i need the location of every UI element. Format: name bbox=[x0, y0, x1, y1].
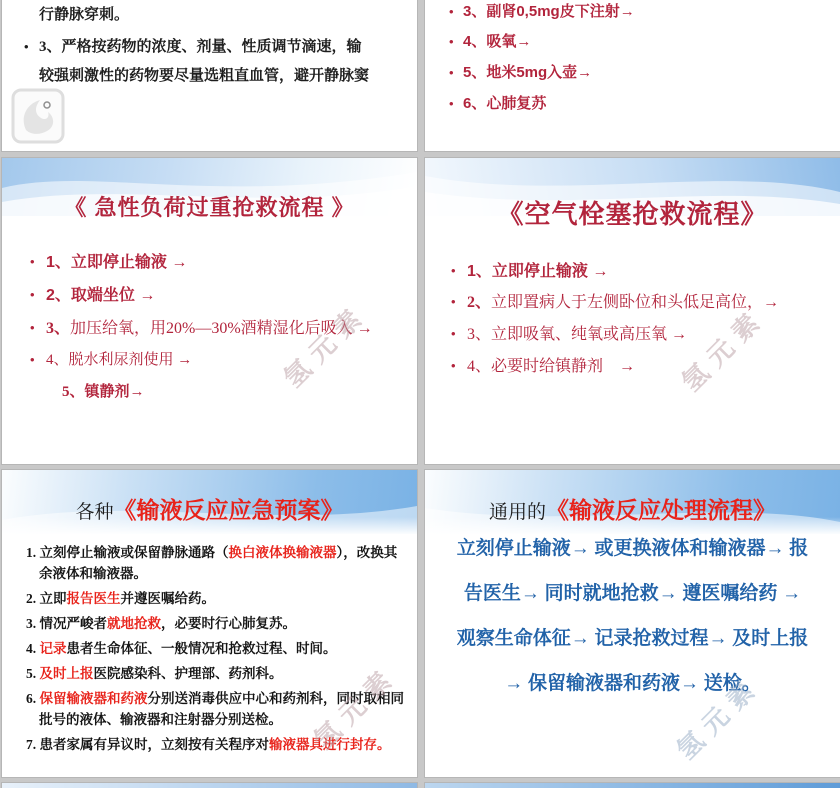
plan-item: 2. 立即报告医生并遵医嘱给药。 bbox=[26, 588, 408, 609]
bullet-dot: • bbox=[449, 34, 454, 49]
plan-item: 7. 患者家属有异议时，立刻按有关程序对输液器具进行封存。 bbox=[26, 734, 408, 755]
bullet-dot: • bbox=[30, 320, 35, 335]
bullet-dot: • bbox=[449, 96, 454, 111]
bullet-dot: • bbox=[30, 287, 35, 302]
watermark: 氢元素 bbox=[672, 298, 772, 398]
rescue-step: 4、必要时给镇静剂 → bbox=[467, 353, 635, 376]
slide-title: 《 急性负荷过重抢救流程 》 bbox=[2, 191, 417, 222]
slide-title: 通用的《输液反应处理流程》 bbox=[425, 492, 840, 525]
slide-venipuncture-precautions: 行静脉穿刺。 • 3、严格按药物的浓度、剂量、性质调节滴速，输 较强刺激性的药物… bbox=[1, 0, 418, 152]
plan-item: 3. 情况严峻者就地抢救，必要时行心肺复苏。 bbox=[26, 613, 408, 634]
slide-text-line: 行静脉穿刺。 bbox=[39, 3, 129, 24]
rescue-step: 5、地米5mg入壶→ bbox=[463, 61, 592, 82]
slide-partial-next-left bbox=[1, 782, 418, 788]
rescue-step: 2、立即置病人于左侧卧位和头低足高位，→ bbox=[467, 289, 779, 312]
slide-title-main: 《输液反应应急预案》 bbox=[114, 497, 344, 523]
rescue-step: 4、吸氧→ bbox=[463, 30, 531, 51]
rescue-step: 3、加压给氧，用20%—30%酒精湿化后吸入 → bbox=[46, 315, 373, 338]
slide-infusion-reaction-emergency-plan: 各种《输液反应应急预案》 1. 立刻停止输液或保留静脉通路（换白液体换输液器），… bbox=[1, 469, 418, 778]
handling-flow-text: 立刻停止输液→ 或更换液体和输液器→ 报告医生→ 同时就地抢救→ 遵医嘱给药 →… bbox=[453, 526, 812, 706]
slide-acute-overload-rescue: 《 急性负荷过重抢救流程 》 • 1、立即停止输液 → • 2、取端坐位 → •… bbox=[1, 157, 418, 465]
bullet-dot: • bbox=[451, 326, 456, 341]
rescue-step: 3、立即吸氧、纯氧或高压氧 → bbox=[467, 321, 687, 344]
slide-title: 《空气栓塞抢救流程》 bbox=[425, 194, 840, 231]
template-logo-icon bbox=[10, 86, 68, 146]
slide-partial-next-right bbox=[424, 782, 840, 788]
bullet-dot: • bbox=[451, 294, 456, 309]
slide-anaphylaxis-rescue-steps: • 3、副肾0,5mg皮下注射→ • 4、吸氧→ • 5、地米5mg入壶→ • … bbox=[424, 0, 840, 152]
plan-item: 1. 立刻停止输液或保留静脉通路（换白液体换输液器），改换其余液体和输液器。 bbox=[26, 542, 408, 584]
slide-infusion-reaction-handling-flow: 通用的《输液反应处理流程》 立刻停止输液→ 或更换液体和输液器→ 报告医生→ 同… bbox=[424, 469, 840, 778]
rescue-step: 5、镇静剂→ bbox=[62, 380, 145, 401]
watermark: 氢元素 bbox=[274, 294, 374, 394]
rescue-step: 4、脱水利尿剂使用 → bbox=[46, 348, 192, 369]
plan-item: 4. 记录患者生命体征、一般情况和抢救过程、时间。 bbox=[26, 638, 408, 659]
plan-item: 5. 及时上报医院感染科、护理部、药剂科。 bbox=[26, 663, 408, 684]
rescue-step: 3、副肾0,5mg皮下注射→ bbox=[463, 0, 635, 21]
slide-title: 各种《输液反应应急预案》 bbox=[2, 492, 417, 525]
bullet-dot: • bbox=[30, 254, 35, 269]
slide-title-main: 《输液反应处理流程》 bbox=[546, 497, 776, 523]
bullet-dot: • bbox=[24, 39, 29, 54]
slide-title-prefix: 各种 bbox=[75, 502, 113, 523]
plan-item: 6. 保留输液器和药液分别送消毒供应中心和药剂科，同时取相同批号的液体、输液器和… bbox=[26, 688, 408, 730]
slide-title-prefix: 通用的 bbox=[489, 502, 546, 523]
slide-text-line: 3、严格按药物的浓度、剂量、性质调节滴速，输 bbox=[39, 35, 362, 56]
slide-air-embolism-rescue: 《空气栓塞抢救流程》 • 1、立即停止输液 → • 2、立即置病人于左侧卧位和头… bbox=[424, 157, 840, 465]
bullet-dot: • bbox=[451, 263, 456, 278]
rescue-step: 1、立即停止输液 → bbox=[467, 258, 608, 281]
slide-text-line: 较强刺激性的药物要尽量选粗直血管，避开静脉窦 bbox=[39, 64, 369, 85]
rescue-step: 2、取端坐位 → bbox=[46, 282, 155, 305]
emergency-plan-list: 1. 立刻停止输液或保留静脉通路（换白液体换输液器），改换其余液体和输液器。 2… bbox=[26, 542, 408, 759]
rescue-step: 6、心肺复苏 bbox=[463, 92, 546, 113]
bullet-dot: • bbox=[449, 4, 454, 19]
bullet-dot: • bbox=[30, 352, 35, 367]
slide-preview-page: { "colors": { "crimson": "#b2243c", "bri… bbox=[0, 0, 840, 788]
bullet-dot: • bbox=[451, 358, 456, 373]
bullet-dot: • bbox=[449, 65, 454, 80]
rescue-step: 1、立即停止输液 → bbox=[46, 249, 187, 272]
